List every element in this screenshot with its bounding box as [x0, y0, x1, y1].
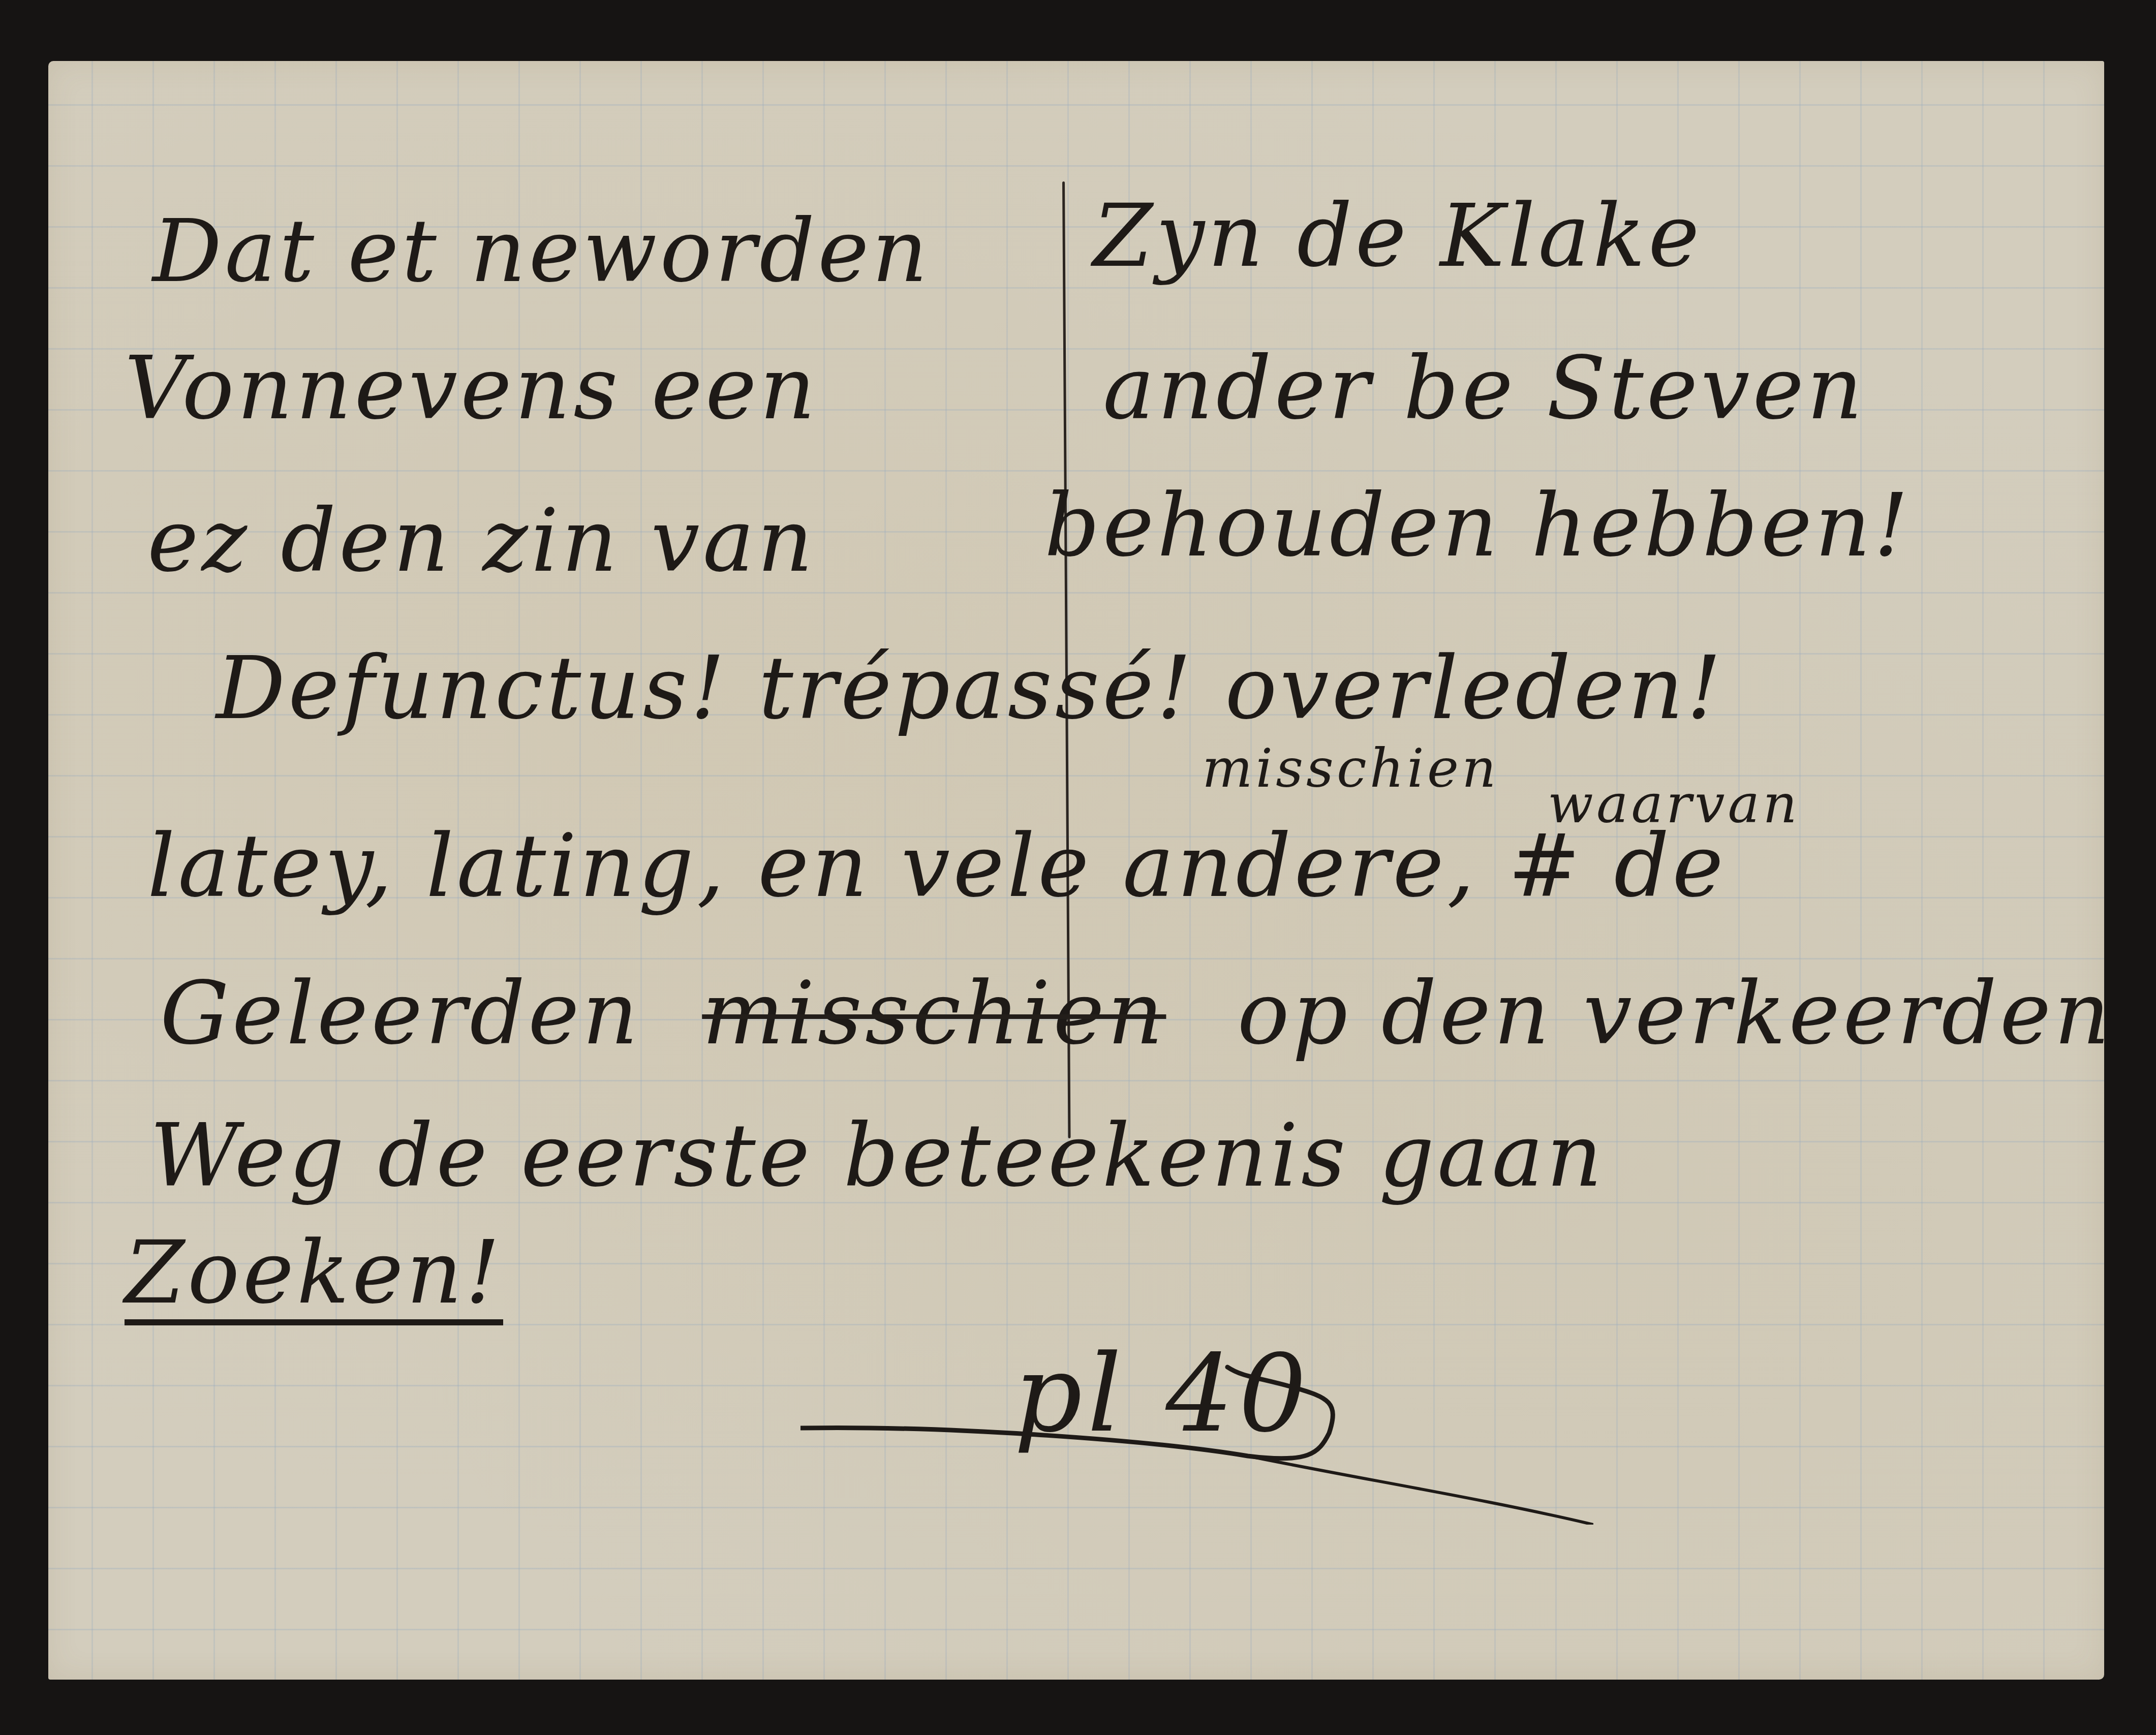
- text-line-4: Defunctus! trépassé! overleden!: [216, 645, 1724, 732]
- signature-block: pl 40: [800, 1311, 1593, 1525]
- text-line-3-right: behouden hebben!: [1044, 483, 1912, 569]
- words-after-strike: op den verkeerden: [1237, 964, 2112, 1064]
- struck-word: misschien: [702, 964, 1166, 1064]
- paper-sheet: Dat et neworden Zyn de Klake Vonnevens e…: [48, 61, 2104, 1680]
- text-line-1-right: Zyn de Klake: [1093, 193, 1703, 280]
- text-line-7: Weg de eerste beteekenis gaan: [150, 1113, 1605, 1199]
- text-line-5: latey, lating, en vele andere, # de: [147, 823, 1727, 910]
- word-geleerden: Geleerden: [160, 964, 641, 1064]
- text-line-1-left: Dat et neworden: [152, 208, 931, 295]
- text-line-2-right: ander be Steven: [1103, 346, 1866, 432]
- text-line-3-left: ez den zin van: [147, 498, 816, 584]
- text-line-8-underlined: Zoeken!: [125, 1230, 503, 1325]
- interlinear-insertion-1: misschien: [1202, 742, 1499, 795]
- signature-text: pl 40: [1014, 1331, 1312, 1456]
- text-line-6: Geleerden misschien op den verkeerden: [160, 971, 2113, 1057]
- text-line-2-left: Vonnevens een: [125, 346, 818, 432]
